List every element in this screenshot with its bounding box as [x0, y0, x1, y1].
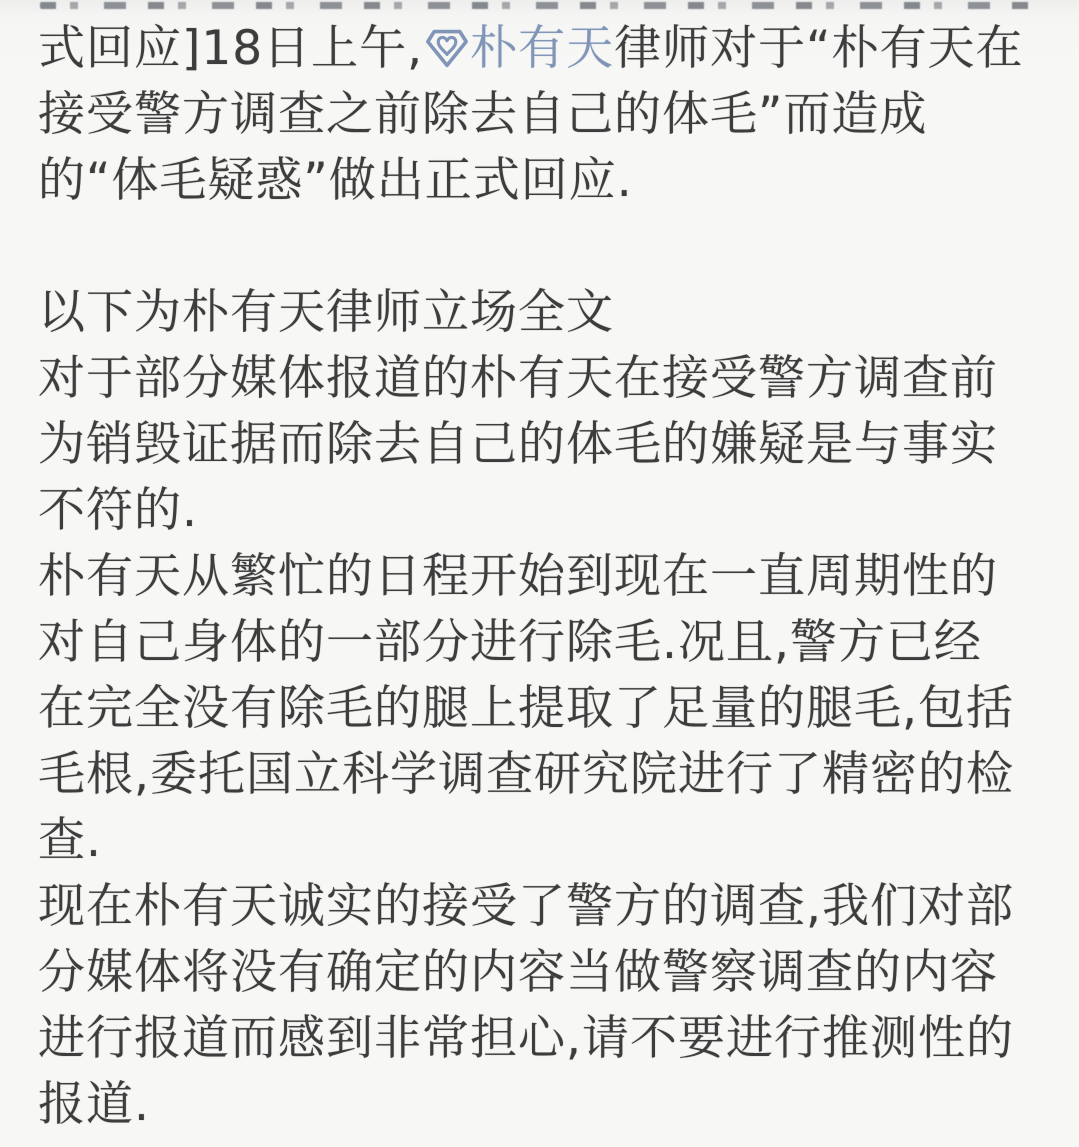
- intro-suffix: 律师对于“朴有天在: [614, 21, 1023, 76]
- text-line: 进行报道而感到非常担心,请不要进行推测性的: [38, 1006, 1051, 1072]
- paragraph-gap: [38, 214, 1051, 280]
- text-line: 式回应]18日上午, 朴有天律师对于“朴有天在: [38, 16, 1051, 82]
- text-line: 以下为朴有天律师立场全文: [38, 280, 1051, 346]
- paragraph-statement: 以下为朴有天律师立场全文对于部分媒体报道的朴有天在接受警方调查前为销毁证据而除去…: [38, 280, 1051, 1138]
- text-line: 为销毁证据而除去自己的体毛的嫌疑是与事实: [38, 412, 1051, 478]
- intro-prefix: 式回应]18日上午,: [38, 21, 423, 76]
- text-line: 分媒体将没有确定的内容当做警察调查的内容: [38, 940, 1051, 1006]
- gem-icon: [425, 27, 469, 69]
- text-line: 朴有天从繁忙的日程开始到现在一直周期性的: [38, 544, 1051, 610]
- paragraph-intro: 式回应]18日上午, 朴有天律师对于“朴有天在 接受警方调查之前除去自己的体毛”…: [38, 16, 1051, 214]
- clipped-glyph-bottoms: [40, 2, 1041, 9]
- text-line: 对于部分媒体报道的朴有天在接受警方调查前: [38, 346, 1051, 412]
- paragraph-intro-lines: 接受警方调查之前除去自己的体毛”而造成的“体毛疑惑”做出正式回应.: [38, 82, 1051, 214]
- truncated-text-line: [38, 0, 1051, 14]
- text-line: 的“体毛疑惑”做出正式回应.: [38, 148, 1051, 214]
- text-line: 在完全没有除毛的腿上提取了足量的腿毛,包括: [38, 676, 1051, 742]
- text-line: 毛根,委托国立科学调查研究院进行了精密的检: [38, 742, 1051, 808]
- mention-name[interactable]: 朴有天: [470, 21, 614, 76]
- text-line: 现在朴有天诚实的接受了警方的调查,我们对部: [38, 874, 1051, 940]
- text-line: 不符的.: [38, 478, 1051, 544]
- text-line: 对自己身体的一部分进行除毛.况且,警方已经: [38, 610, 1051, 676]
- mention-link[interactable]: 朴有天: [423, 21, 614, 76]
- text-line: 报道.: [38, 1072, 1051, 1138]
- text-line: 查.: [38, 808, 1051, 874]
- text-line: 接受警方调查之前除去自己的体毛”而造成: [38, 82, 1051, 148]
- post-text-body: 式回应]18日上午, 朴有天律师对于“朴有天在 接受警方调查之前除去自己的体毛”…: [0, 0, 1079, 1147]
